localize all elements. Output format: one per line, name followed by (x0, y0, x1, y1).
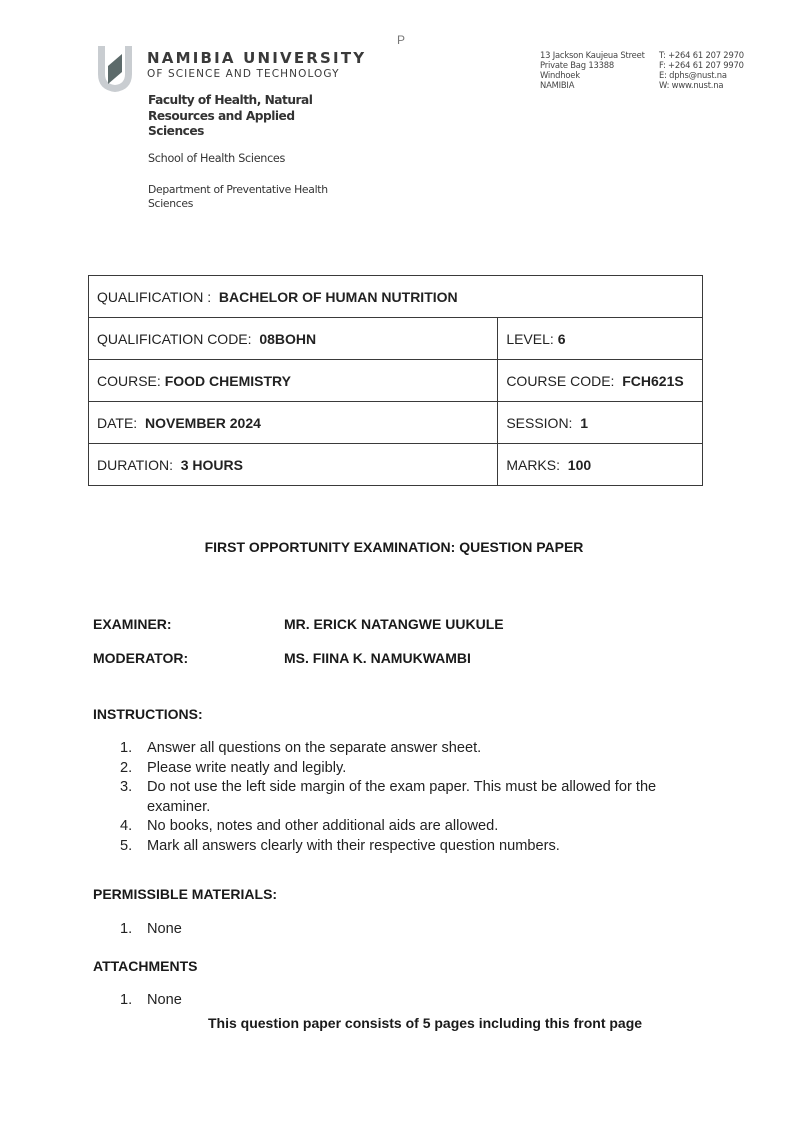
attachments-list: 1.None (120, 991, 182, 1011)
level-cell: LEVEL: 6 (498, 318, 703, 360)
qualification-code-cell: QUALIFICATION CODE: 08BOHN (89, 318, 498, 360)
page-count-note: This question paper consists of 5 pages … (208, 1015, 642, 1031)
item-text: No books, notes and other additional aid… (147, 818, 498, 834)
level-value: 6 (558, 331, 566, 347)
marks-value: 100 (568, 457, 591, 473)
phone-number: T: +264 61 207 2970 (659, 50, 744, 60)
attachments-heading: ATTACHMENTS (93, 958, 197, 974)
qualification-value: BACHELOR OF HUMAN NUTRITION (219, 289, 458, 305)
course-cell: COURSE: FOOD CHEMISTRY (89, 360, 498, 402)
instructions-list: 1.Answer all questions on the separate a… (120, 739, 680, 856)
qualification-code-value: 08BOHN (259, 331, 316, 347)
permissible-materials-heading: PERMISSIBLE MATERIALS: (93, 886, 277, 902)
table-row: DURATION: 3 HOURS MARKS: 100 (89, 444, 703, 486)
table-row: QUALIFICATION CODE: 08BOHN LEVEL: 6 (89, 318, 703, 360)
course-value: FOOD CHEMISTRY (165, 373, 291, 389)
university-shield-logo-icon (94, 42, 136, 94)
address-line: Private Bag 13388 (540, 60, 645, 70)
website: W: www.nust.na (659, 80, 744, 90)
item-number: 5. (120, 837, 132, 857)
course-code-cell: COURSE CODE: FCH621S (498, 360, 703, 402)
address-line: NAMIBIA (540, 80, 645, 90)
department-name: Department of Preventative Health Scienc… (148, 183, 328, 210)
marks-cell: MARKS: 100 (498, 444, 703, 486)
faculty-name: Faculty of Health, Natural Resources and… (148, 93, 318, 140)
university-name-subtitle: OF SCIENCE AND TECHNOLOGY (147, 68, 340, 80)
list-item: 5.Mark all answers clearly with their re… (120, 837, 680, 857)
moderator-label: MODERATOR: (93, 650, 188, 666)
item-text: None (147, 992, 182, 1008)
item-number: 4. (120, 817, 132, 837)
item-number: 3. (120, 778, 132, 798)
duration-value: 3 HOURS (181, 457, 243, 473)
contact-details: T: +264 61 207 2970 F: +264 61 207 9970 … (659, 50, 744, 90)
moderator-name: MS. FIINA K. NAMUKWAMBI (284, 650, 471, 666)
item-number: 1. (120, 920, 132, 940)
permissible-materials-list: 1.None (120, 920, 182, 940)
examiner-name: MR. ERICK NATANGWE UUKULE (284, 616, 504, 632)
duration-label: DURATION: (97, 457, 173, 473)
list-item: 3.Do not use the left side margin of the… (120, 778, 680, 817)
course-label: COURSE: (97, 373, 161, 389)
item-text: Mark all answers clearly with their resp… (147, 838, 560, 854)
duration-cell: DURATION: 3 HOURS (89, 444, 498, 486)
address-line: 13 Jackson Kaujeua Street (540, 50, 645, 60)
table-row: QUALIFICATION : BACHELOR OF HUMAN NUTRIT… (89, 276, 703, 318)
list-item: 1.Answer all questions on the separate a… (120, 739, 680, 759)
session-cell: SESSION: 1 (498, 402, 703, 444)
postal-address: 13 Jackson Kaujeua Street Private Bag 13… (540, 50, 645, 90)
date-cell: DATE: NOVEMBER 2024 (89, 402, 498, 444)
session-label: SESSION: (506, 415, 572, 431)
item-text: None (147, 921, 182, 937)
date-value: NOVEMBER 2024 (145, 415, 261, 431)
item-number: 1. (120, 739, 132, 759)
email-address: E: dphs@nust.na (659, 70, 744, 80)
marks-label: MARKS: (506, 457, 560, 473)
date-label: DATE: (97, 415, 137, 431)
table-row: COURSE: FOOD CHEMISTRY COURSE CODE: FCH6… (89, 360, 703, 402)
session-value: 1 (580, 415, 588, 431)
list-item: 1.None (120, 920, 182, 940)
instructions-heading: INSTRUCTIONS: (93, 706, 203, 722)
list-item: 1.None (120, 991, 182, 1011)
qualification-cell: QUALIFICATION : BACHELOR OF HUMAN NUTRIT… (89, 276, 703, 318)
level-label: LEVEL: (506, 331, 553, 347)
stray-handwritten-mark: P (397, 33, 405, 47)
university-name: NAMIBIA UNIVERSITY (147, 49, 366, 67)
course-code-value: FCH621S (622, 373, 683, 389)
school-name: School of Health Sciences (148, 152, 285, 165)
item-text: Do not use the left side margin of the e… (147, 779, 656, 815)
address-line: Windhoek (540, 70, 645, 80)
fax-number: F: +264 61 207 9970 (659, 60, 744, 70)
qualification-code-label: QUALIFICATION CODE: (97, 331, 252, 347)
item-text: Answer all questions on the separate ans… (147, 740, 481, 756)
course-code-label: COURSE CODE: (506, 373, 614, 389)
examiner-label: EXAMINER: (93, 616, 172, 632)
exam-info-table: QUALIFICATION : BACHELOR OF HUMAN NUTRIT… (88, 275, 703, 486)
item-number: 1. (120, 991, 132, 1011)
exam-title-text: FIRST OPPORTUNITY EXAMINATION: QUESTION … (205, 539, 584, 555)
item-text: Please write neatly and legibly. (147, 760, 346, 776)
item-number: 2. (120, 759, 132, 779)
table-row: DATE: NOVEMBER 2024 SESSION: 1 (89, 402, 703, 444)
exam-title: FIRST OPPORTUNITY EXAMINATION: QUESTION … (0, 539, 794, 555)
list-item: 2.Please write neatly and legibly. (120, 759, 680, 779)
qualification-label: QUALIFICATION : (97, 289, 211, 305)
list-item: 4.No books, notes and other additional a… (120, 817, 680, 837)
